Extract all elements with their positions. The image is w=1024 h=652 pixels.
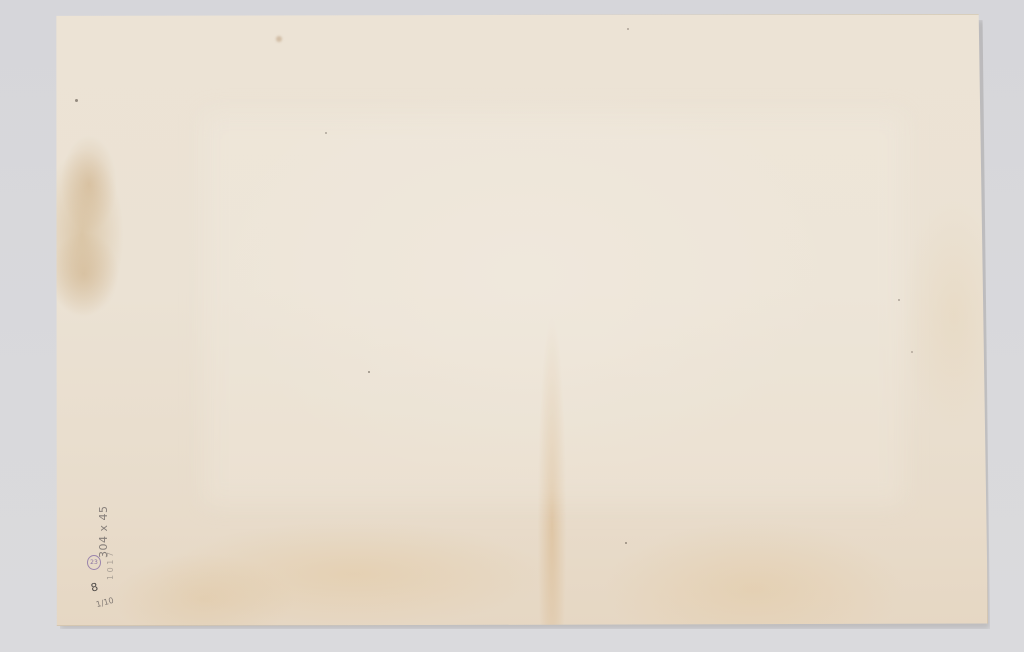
paper-lighter-center — [204, 114, 904, 504]
photo-scene: 23 304 x 45 1 0 1 7 8 1/10 — [0, 0, 1024, 652]
paper-sheet — [54, 14, 988, 626]
dust-speck — [911, 351, 913, 353]
dust-speck — [276, 36, 282, 42]
dust-speck — [368, 371, 370, 373]
handwritten-secondary-note: 1 0 1 7 — [107, 552, 115, 580]
dust-speck — [898, 299, 900, 301]
stamp-text: 23 — [90, 559, 98, 566]
handwritten-dimensions-note: 304 x 45 — [98, 506, 109, 559]
dust-speck — [325, 132, 327, 134]
dust-speck — [75, 99, 78, 102]
dust-speck — [627, 28, 629, 30]
dust-speck — [625, 542, 627, 544]
